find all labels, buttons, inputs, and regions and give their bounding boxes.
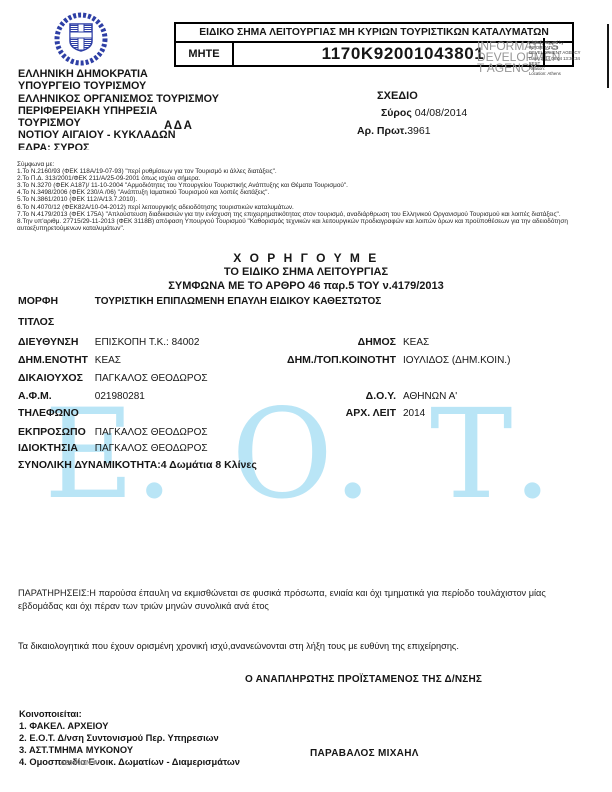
draft-label: ΣΧΕΔΙΟ xyxy=(377,90,418,102)
renewal-note: Τα δικαιολογητικά που έχουν ορισμένη χρο… xyxy=(18,641,603,651)
place-date-line: Σύρος 04/08/2014 xyxy=(381,107,467,119)
authority-line-clipped: ΕΔΡΑ: ΣΥΡΟΣ xyxy=(18,142,288,150)
field-label: Α.Φ.Μ. xyxy=(18,390,92,402)
field-value: 021980281 xyxy=(95,391,145,402)
grant-line-3: ΣΥΜΦΩΝΑ ΜΕ ΤΟ ΑΡΘΡΟ 46 παρ.5 ΤΟΥ ν.4179/… xyxy=(0,280,612,292)
field-value: ΠΑΓΚΑΛΟΣ ΘΕΟΔΩΡΟΣ xyxy=(95,443,208,454)
remarks-paragraph: ΠΑΡΑΤΗΡΗΣΕΙΣ:Η παρούσα έπαυλη να εκμισθώ… xyxy=(18,587,584,613)
field-label: ΔΙΕΥΘΥΝΣΗ xyxy=(18,336,92,348)
issuing-authority-block: ΕΛΛΗΝΙΚΗ ΔΗΜΟΚΡΑΤΙΑ ΥΠΟΥΡΓΕΙΟ ΤΟΥΡΙΣΜΟΥ … xyxy=(18,68,288,150)
field-row-dim-enotit: ΔΗΜ.ΕΝΟΤΗΤ ΚΕΑΣ ΔΗΜ./ΤΟΠ.ΚΟΙΝΟΤΗΤ ΙΟΥΛΙΔ… xyxy=(18,354,598,369)
field-label: ΑΡΧ. ΛΕΙΤ xyxy=(248,407,396,419)
greek-coat-of-arms-icon xyxy=(51,11,111,74)
distribution-item: 2. Ε.Ο.Τ. Δ/νση Συντονισμού Περ. Υπηρεσι… xyxy=(19,733,240,745)
legal-item: 5.Το Ν.3861/2010 (ΦΕΚ 112/Α/13.7.2010). xyxy=(17,196,598,203)
mhte-label: ΜΗΤΕ xyxy=(176,43,234,65)
digital-signature-details: Digitally signed by INFORMATICS DEVELOPM… xyxy=(529,40,611,76)
distribution-item: 3. ΑΣΤ.ΤΜΗΜΑ ΜΥΚΟΝΟΥ xyxy=(19,745,240,757)
place-label: Σύρος xyxy=(381,107,412,119)
protocol-label: Αρ. Πρωτ. xyxy=(357,125,407,137)
field-value: ΚΕΑΣ xyxy=(95,355,121,366)
stamp-border-line xyxy=(543,38,545,67)
field-row-tilefono: ΤΗΛΕΦΩΝΟ ΑΡΧ. ΛΕΙΤ 2014 xyxy=(18,407,598,422)
field-value: ΕΠΙΣΚΟΠΗ Τ.Κ.: 84002 xyxy=(95,337,200,348)
legal-references: Σύμφωνα με: 1.Το Ν.2160/93 (ΦΕΚ 118Α/19-… xyxy=(17,161,598,232)
authority-line: ΕΛΛΗΝΙΚΗ ΔΗΜΟΚΡΑΤΙΑ xyxy=(18,68,288,80)
authority-line: ΥΠΟΥΡΓΕΙΟ ΤΟΥΡΙΣΜΟΥ xyxy=(18,80,288,92)
field-label: ΔΗΜ./ΤΟΠ.ΚΟΙΝΟΤΗΤ xyxy=(248,354,396,366)
field-value: ΙΟΥΛΙΔΟΣ (ΔΗΜ.ΚΟΙΝ.) xyxy=(403,355,510,366)
field-value: 2014 xyxy=(403,408,425,419)
signatory-title: Ο ΑΝΑΠΛΗΡΩΤΗΣ ΠΡΟΪΣΤΑΜΕΝΟΣ ΤΗΣ Δ/ΝΣΗΣ xyxy=(245,674,482,685)
field-label: ΔΗΜ.ΕΝΟΤΗΤ xyxy=(18,354,92,366)
field-row-capacity: ΣΥΝΟΛΙΚΗ ΔΥΝΑΜΙΚΟΤΗΤΑ:4 Δωμάτια 8 Κλίνες xyxy=(18,459,598,474)
page-edge-line xyxy=(607,24,609,88)
date-value: 04/08/2014 xyxy=(412,107,467,119)
legal-item: 4.Το Ν.3498/2006 (ΦΕΚ 230/Α /06) "Ανάπτυ… xyxy=(17,189,598,196)
distribution-item: 4. Ομοσπονδία Ενοικ. Δωματίων - Διαμερισ… xyxy=(19,757,240,769)
distribution-label: Κοινοποιείται: xyxy=(19,709,240,721)
signatory-name: ΠΑΡΑΒΑΛΟΣ ΜΙΧΑΗΛ xyxy=(310,748,419,759)
protocol-line: Αρ. Πρωτ.3961 xyxy=(357,125,431,137)
field-row-dieythynsi: ΔΙΕΥΘΥΝΣΗ ΕΠΙΣΚΟΠΗ Τ.Κ.: 84002 ΔΗΜΟΣ ΚΕΑ… xyxy=(18,336,598,351)
document-page: Ε. Ο. Τ. ΕΙΔΙΚΟ ΣΗΜΑ ΛΕΙΤΟΥΡΓΙΑΣ ΜΗ ΚΥΡΙ… xyxy=(0,0,612,792)
field-value: ΚΕΑΣ xyxy=(403,337,429,348)
authority-line: ΝΟΤΙΟΥ ΑΙΓΑΙΟΥ - ΚΥΚΛΑΔΩΝ xyxy=(18,129,288,141)
stamp-detail-line: Location: Athens xyxy=(529,71,611,76)
ada-stamp-text: ΑΔΑ xyxy=(164,120,193,132)
field-row-dikaiouxos: ΔΙΚΑΙΟΥΧΟΣ ΠΑΓΚΑΛΟΣ ΘΕΟΔΩΡΟΣ xyxy=(18,372,598,387)
legal-item: 7.Το Ν.4179/2013 (ΦΕΚ 175Α) "Απλούστευση… xyxy=(17,211,598,218)
field-row-idioktisia: ΙΔΙΟΚΤΗΣΙΑ ΠΑΓΚΑΛΟΣ ΘΕΟΔΩΡΟΣ xyxy=(18,442,598,457)
legal-item: 8.Την υπ'αριθμ. 27715/29-11-2013 (ΦΕΚ 31… xyxy=(17,218,598,232)
protocol-number: 3961 xyxy=(407,125,430,137)
field-value: ΠΑΓΚΑΛΟΣ ΘΕΟΔΩΡΟΣ xyxy=(95,427,208,438)
field-label: Δ.Ο.Υ. xyxy=(248,390,396,402)
distribution-list: Κοινοποιείται: 1. ΦΑΚΕΛ. ΑΡΧΕΙΟΥ 2. Ε.Ο.… xyxy=(19,709,240,769)
field-value: ΤΟΥΡΙΣΤΙΚΗ ΕΠΙΠΛΩΜΕΝΗ ΕΠΑΥΛΗ ΕΙΔΙΚΟΥ ΚΑΘ… xyxy=(95,296,382,307)
field-row-afm: Α.Φ.Μ. 021980281 Δ.Ο.Υ. ΑΘΗΝΩΝ Α' xyxy=(18,390,598,405)
grant-line-2: ΤΟ ΕΙΔΙΚΟ ΣΗΜΑ ΛΕΙΤΟΥΡΓΙΑΣ xyxy=(0,266,612,278)
field-row-titlos: ΤΙΤΛΟΣ xyxy=(18,316,598,331)
field-label: ΔΙΚΑΙΟΥΧΟΣ xyxy=(18,372,92,384)
field-row-ekprosopo: ΕΚΠΡΟΣΩΠΟ ΠΑΓΚΑΛΟΣ ΘΕΟΔΩΡΟΣ xyxy=(18,426,598,441)
legal-item: 6.Το Ν.4070/12 (ΦΕΚ82Α/10-04-2012) περί … xyxy=(17,204,598,211)
field-label: ΤΗΛΕΦΩΝΟ xyxy=(18,407,92,419)
field-label: ΜΟΡΦΗ xyxy=(18,295,92,307)
capacity-line: ΣΥΝΟΛΙΚΗ ΔΥΝΑΜΙΚΟΤΗΤΑ:4 Δωμάτια 8 Κλίνες xyxy=(18,459,257,471)
distribution-item: 1. ΦΑΚΕΛ. ΑΡΧΕΙΟΥ xyxy=(19,721,240,733)
field-value: ΠΑΓΚΑΛΟΣ ΘΕΟΔΩΡΟΣ xyxy=(95,373,208,384)
field-value: ΑΘΗΝΩΝ Α' xyxy=(403,391,457,402)
grant-heading: Χ Ο Ρ Η Γ Ο Υ Μ Ε ΤΟ ΕΙΔΙΚΟ ΣΗΜΑ ΛΕΙΤΟΥΡ… xyxy=(0,251,612,292)
authority-line: ΕΛΛΗΝΙΚΟΣ ΟΡΓΑΝΙΣΜΟΣ ΤΟΥΡΙΣΜΟΥ xyxy=(18,93,288,105)
field-label: ΔΗΜΟΣ xyxy=(248,336,396,348)
field-label: ΕΚΠΡΟΣΩΠΟ xyxy=(18,426,92,438)
ghost-overprint-text: ΑΘΗΝΩΝ Α' xyxy=(60,760,100,767)
field-label: ΤΙΤΛΟΣ xyxy=(18,316,92,328)
grant-line-1: Χ Ο Ρ Η Γ Ο Υ Μ Ε xyxy=(0,251,612,265)
authority-line: ΠΕΡΙΦΕΡΕΙΑΚΗ ΥΠΗΡΕΣΙΑ xyxy=(18,105,288,117)
field-label: ΙΔΙΟΚΤΗΣΙΑ xyxy=(18,442,92,454)
field-row-morfi: ΜΟΡΦΗ ΤΟΥΡΙΣΤΙΚΗ ΕΠΙΠΛΩΜΕΝΗ ΕΠΑΥΛΗ ΕΙΔΙΚ… xyxy=(18,295,598,310)
authority-line: ΤΟΥΡΙΣΜΟΥ xyxy=(18,117,288,129)
